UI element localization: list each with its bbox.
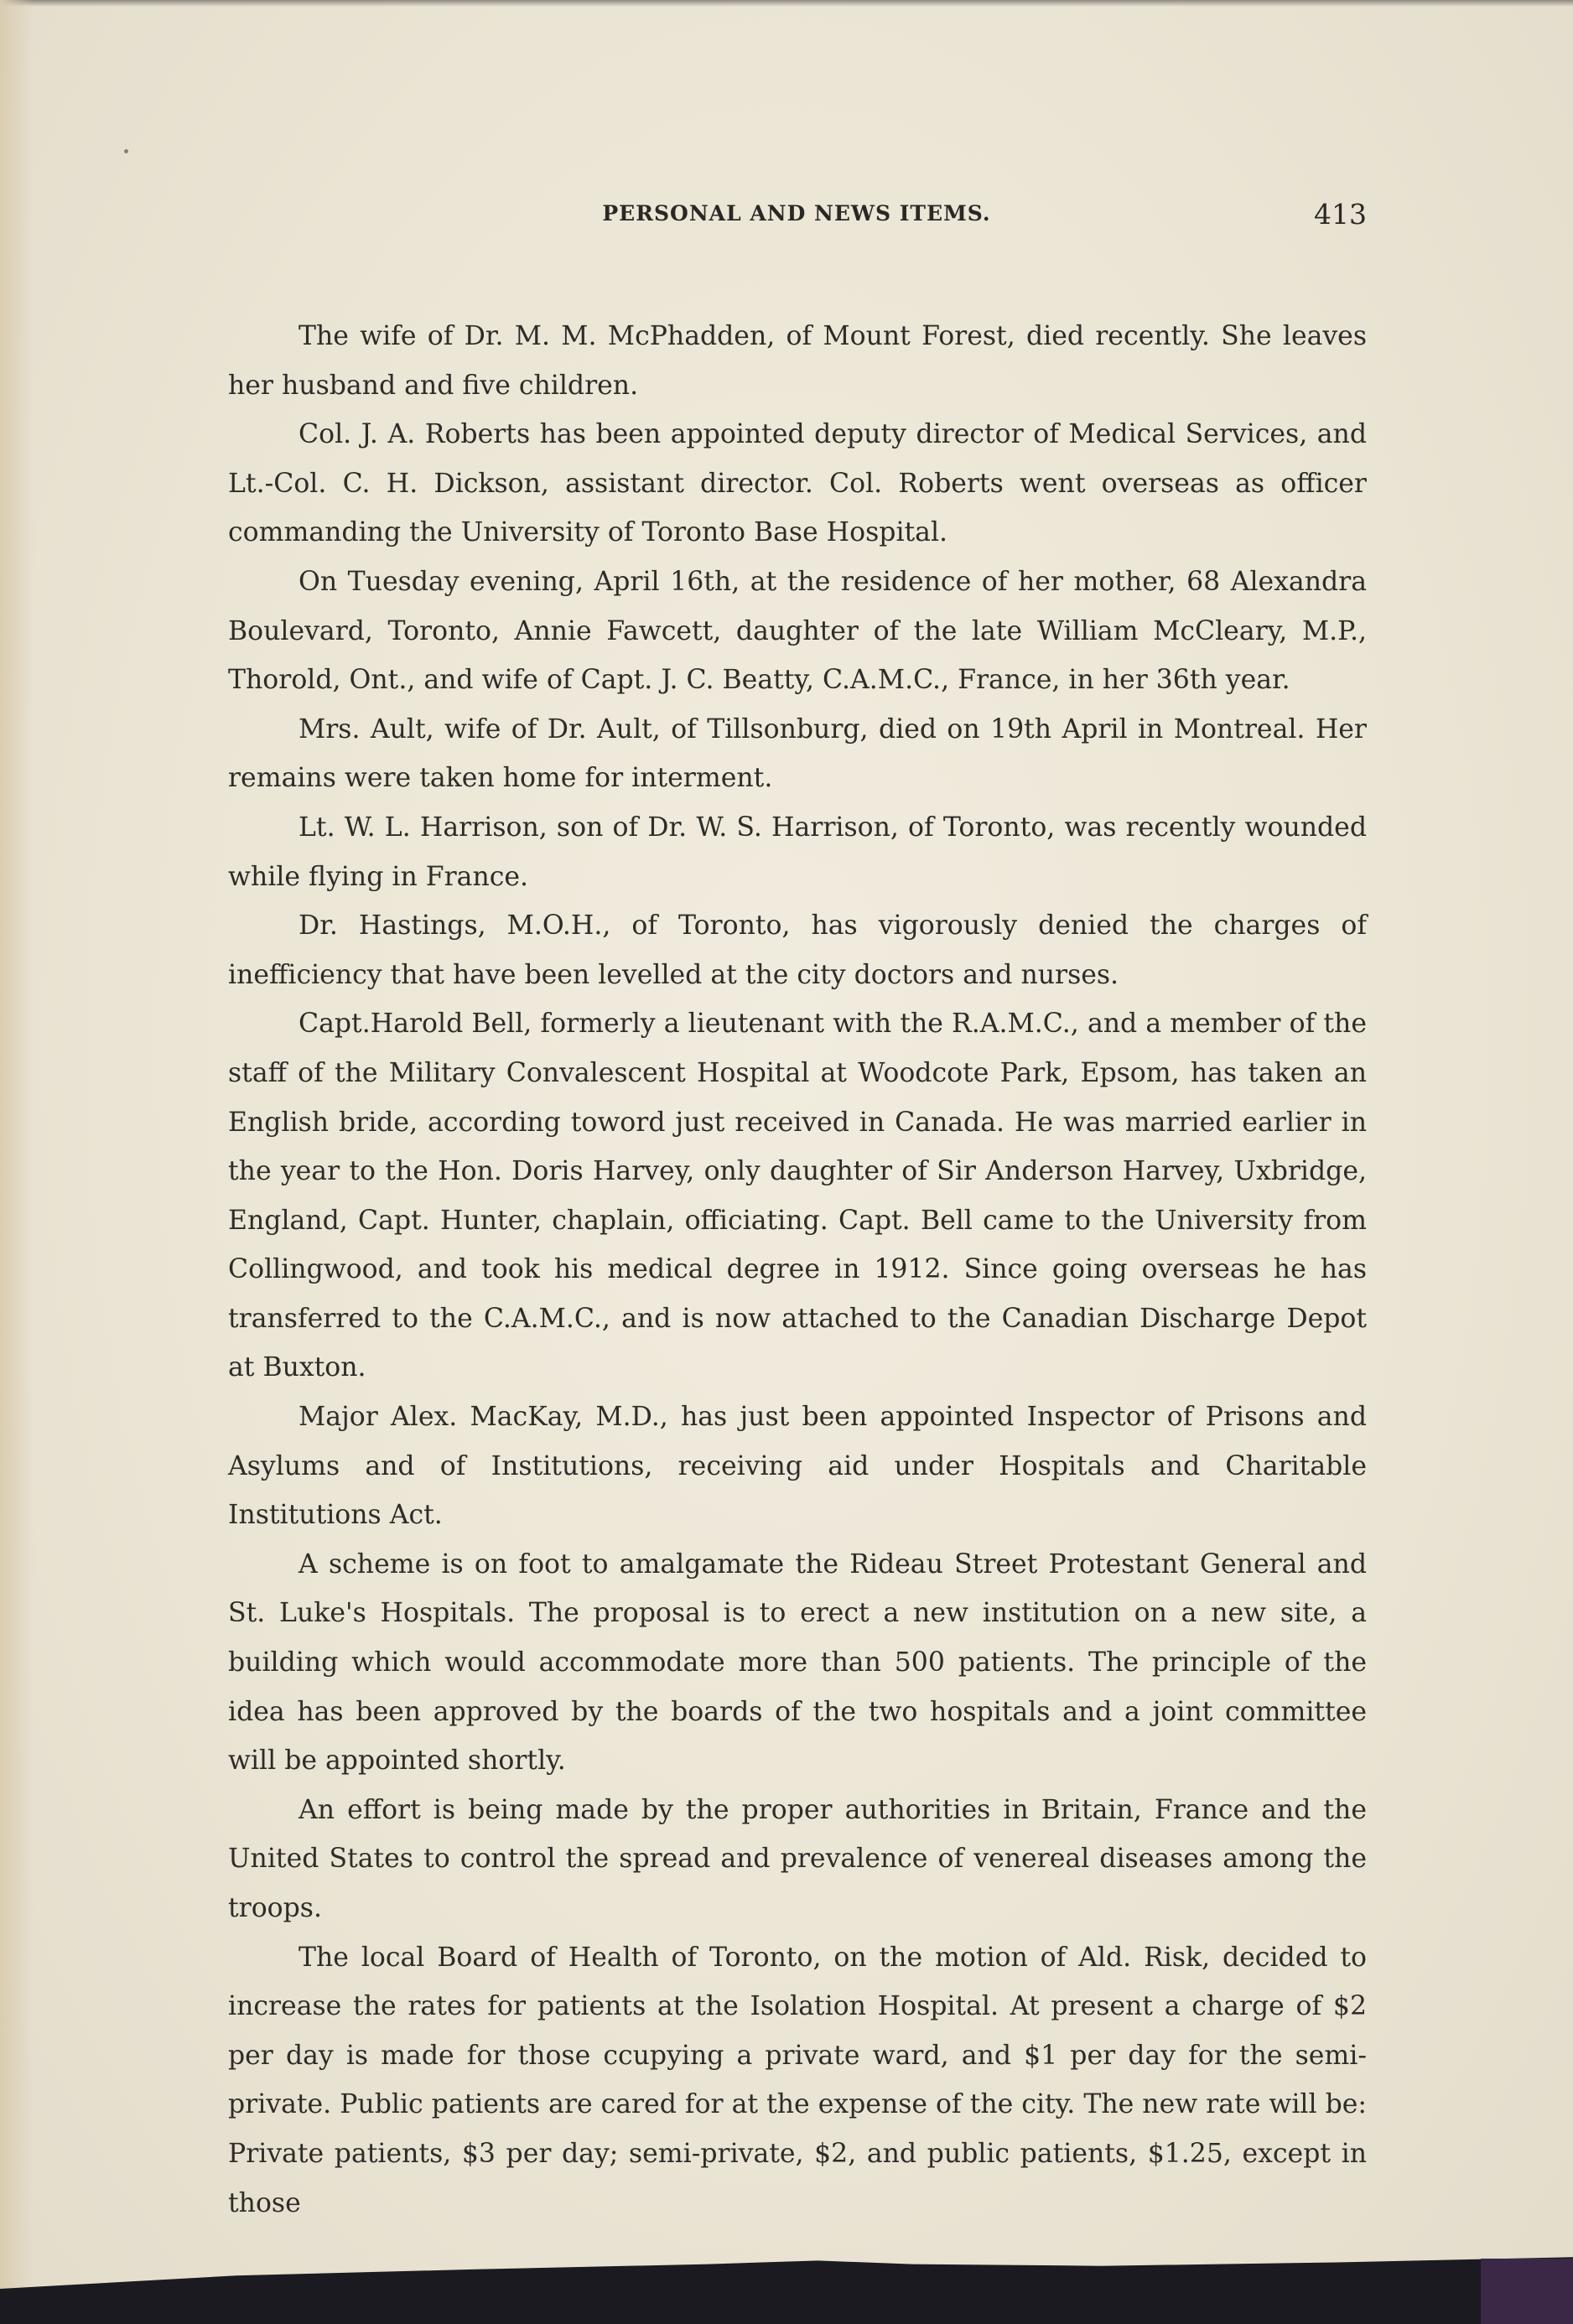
- news-item-venereal-disease: An effort is being made by the proper au…: [228, 1786, 1367, 1933]
- news-item-beatty: On Tuesday evening, April 16th, at the r…: [228, 558, 1367, 705]
- page-top-edge: [0, 0, 1573, 7]
- news-item-mcphadden: The wife of Dr. M. M. McPhadden, of Moun…: [228, 312, 1367, 410]
- running-title: PERSONAL AND NEWS ITEMS.: [226, 201, 1367, 226]
- news-item-bell: Capt.Harold Bell, formerly a lieutenant …: [228, 999, 1367, 1393]
- news-item-mackay: Major Alex. MacKay, M.D., has just been …: [228, 1393, 1367, 1540]
- paper-speck: [124, 149, 128, 153]
- news-item-harrison: Lt. W. L. Harrison, son of Dr. W. S. Har…: [228, 803, 1367, 901]
- news-item-hastings: Dr. Hastings, M.O.H., of Toronto, has vi…: [228, 901, 1367, 999]
- page-number: 413: [1314, 198, 1367, 231]
- news-item-isolation-hospital-rates: The local Board of Health of Toronto, on…: [228, 1933, 1367, 2228]
- scanned-page: PERSONAL AND NEWS ITEMS. 413 The wife of…: [0, 0, 1573, 2324]
- running-head: PERSONAL AND NEWS ITEMS. 413: [226, 198, 1367, 231]
- news-item-roberts: Col. J. A. Roberts has been appointed de…: [228, 410, 1367, 558]
- news-item-hospital-amalgamation: A scheme is on foot to amalgamate the Ri…: [228, 1540, 1367, 1786]
- news-items-body: The wife of Dr. M. M. McPhadden, of Moun…: [228, 312, 1367, 2228]
- page-corner-cover: [1481, 2259, 1573, 2324]
- news-item-ault: Mrs. Ault, wife of Dr. Ault, of Tillsonb…: [228, 705, 1367, 803]
- page-gutter-edge: [0, 0, 34, 2324]
- page-bottom-shadow: [0, 2236, 1573, 2324]
